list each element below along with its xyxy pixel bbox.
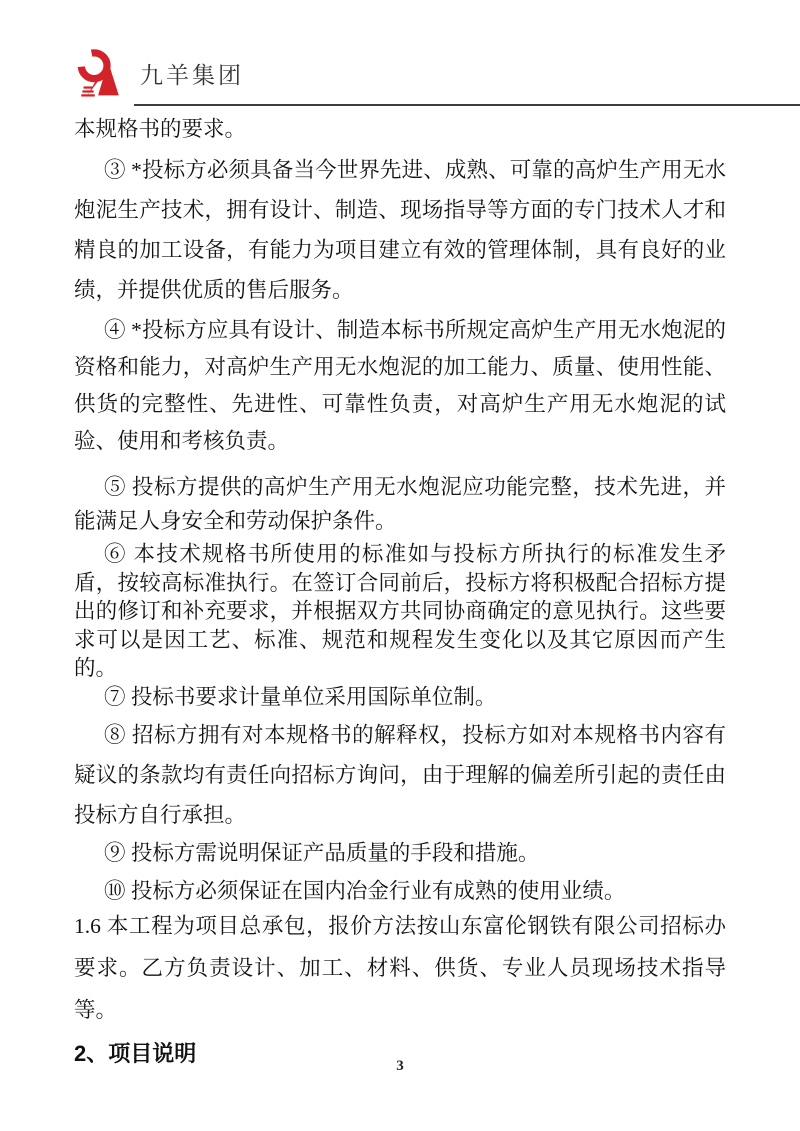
company-name: 九羊集团: [140, 57, 244, 90]
clause-8-paragraph: ⑧ 招标方拥有对本规格书的解释权，投标方如对本规格书内容有疑议的条款均有责任向招…: [74, 715, 726, 835]
clause-9-paragraph: ⑨ 投标方需说明保证产品质量的手段和措施。: [74, 839, 726, 867]
document-body: 本规格书的要求。 ③ *投标方必须具备当今世界先进、成熟、可靠的高炉生产用无水炮…: [74, 108, 726, 1067]
document-page: 九羊集团 本规格书的要求。 ③ *投标方必须具备当今世界先进、成熟、可靠的高炉生…: [0, 0, 800, 1131]
clause-1-6-paragraph: 1.6 本工程为项目总承包，报价方法按山东富伦钢铁有限公司招标办要求。乙方负责设…: [74, 905, 726, 1031]
jiuyang-ram-logo-icon: [74, 46, 130, 100]
body-paragraph-intro: 本规格书的要求。: [74, 108, 726, 150]
clause-6-paragraph: ⑥ 本技术规格书所使用的标准如与投标方所执行的标准发生矛盾，按较高标准执行。在签…: [74, 540, 726, 683]
clause-4-paragraph: ④ *投标方应具有设计、制造本标书所规定高炉生产用无水炮泥的资格和能力，对高炉生…: [74, 312, 726, 460]
clause-5-paragraph: ⑤ 投标方提供的高炉生产用无水炮泥应功能完整，技术先进，并能满足人身安全和劳动保…: [74, 470, 726, 538]
page-header: 九羊集团: [0, 0, 800, 106]
clause-10-paragraph: ⑩ 投标方必须保证在国内冶金行业有成熟的使用业绩。: [74, 877, 726, 905]
page-footer: 3: [0, 1058, 800, 1075]
company-brand: 九羊集团: [74, 46, 800, 100]
clause-3-paragraph: ③ *投标方必须具备当今世界先进、成熟、可靠的高炉生产用无水炮泥生产技术，拥有设…: [74, 150, 726, 310]
clause-7-paragraph: ⑦ 投标书要求计量单位采用国际单位制。: [74, 683, 726, 711]
page-number: 3: [396, 1058, 404, 1074]
header-divider: [134, 104, 800, 106]
